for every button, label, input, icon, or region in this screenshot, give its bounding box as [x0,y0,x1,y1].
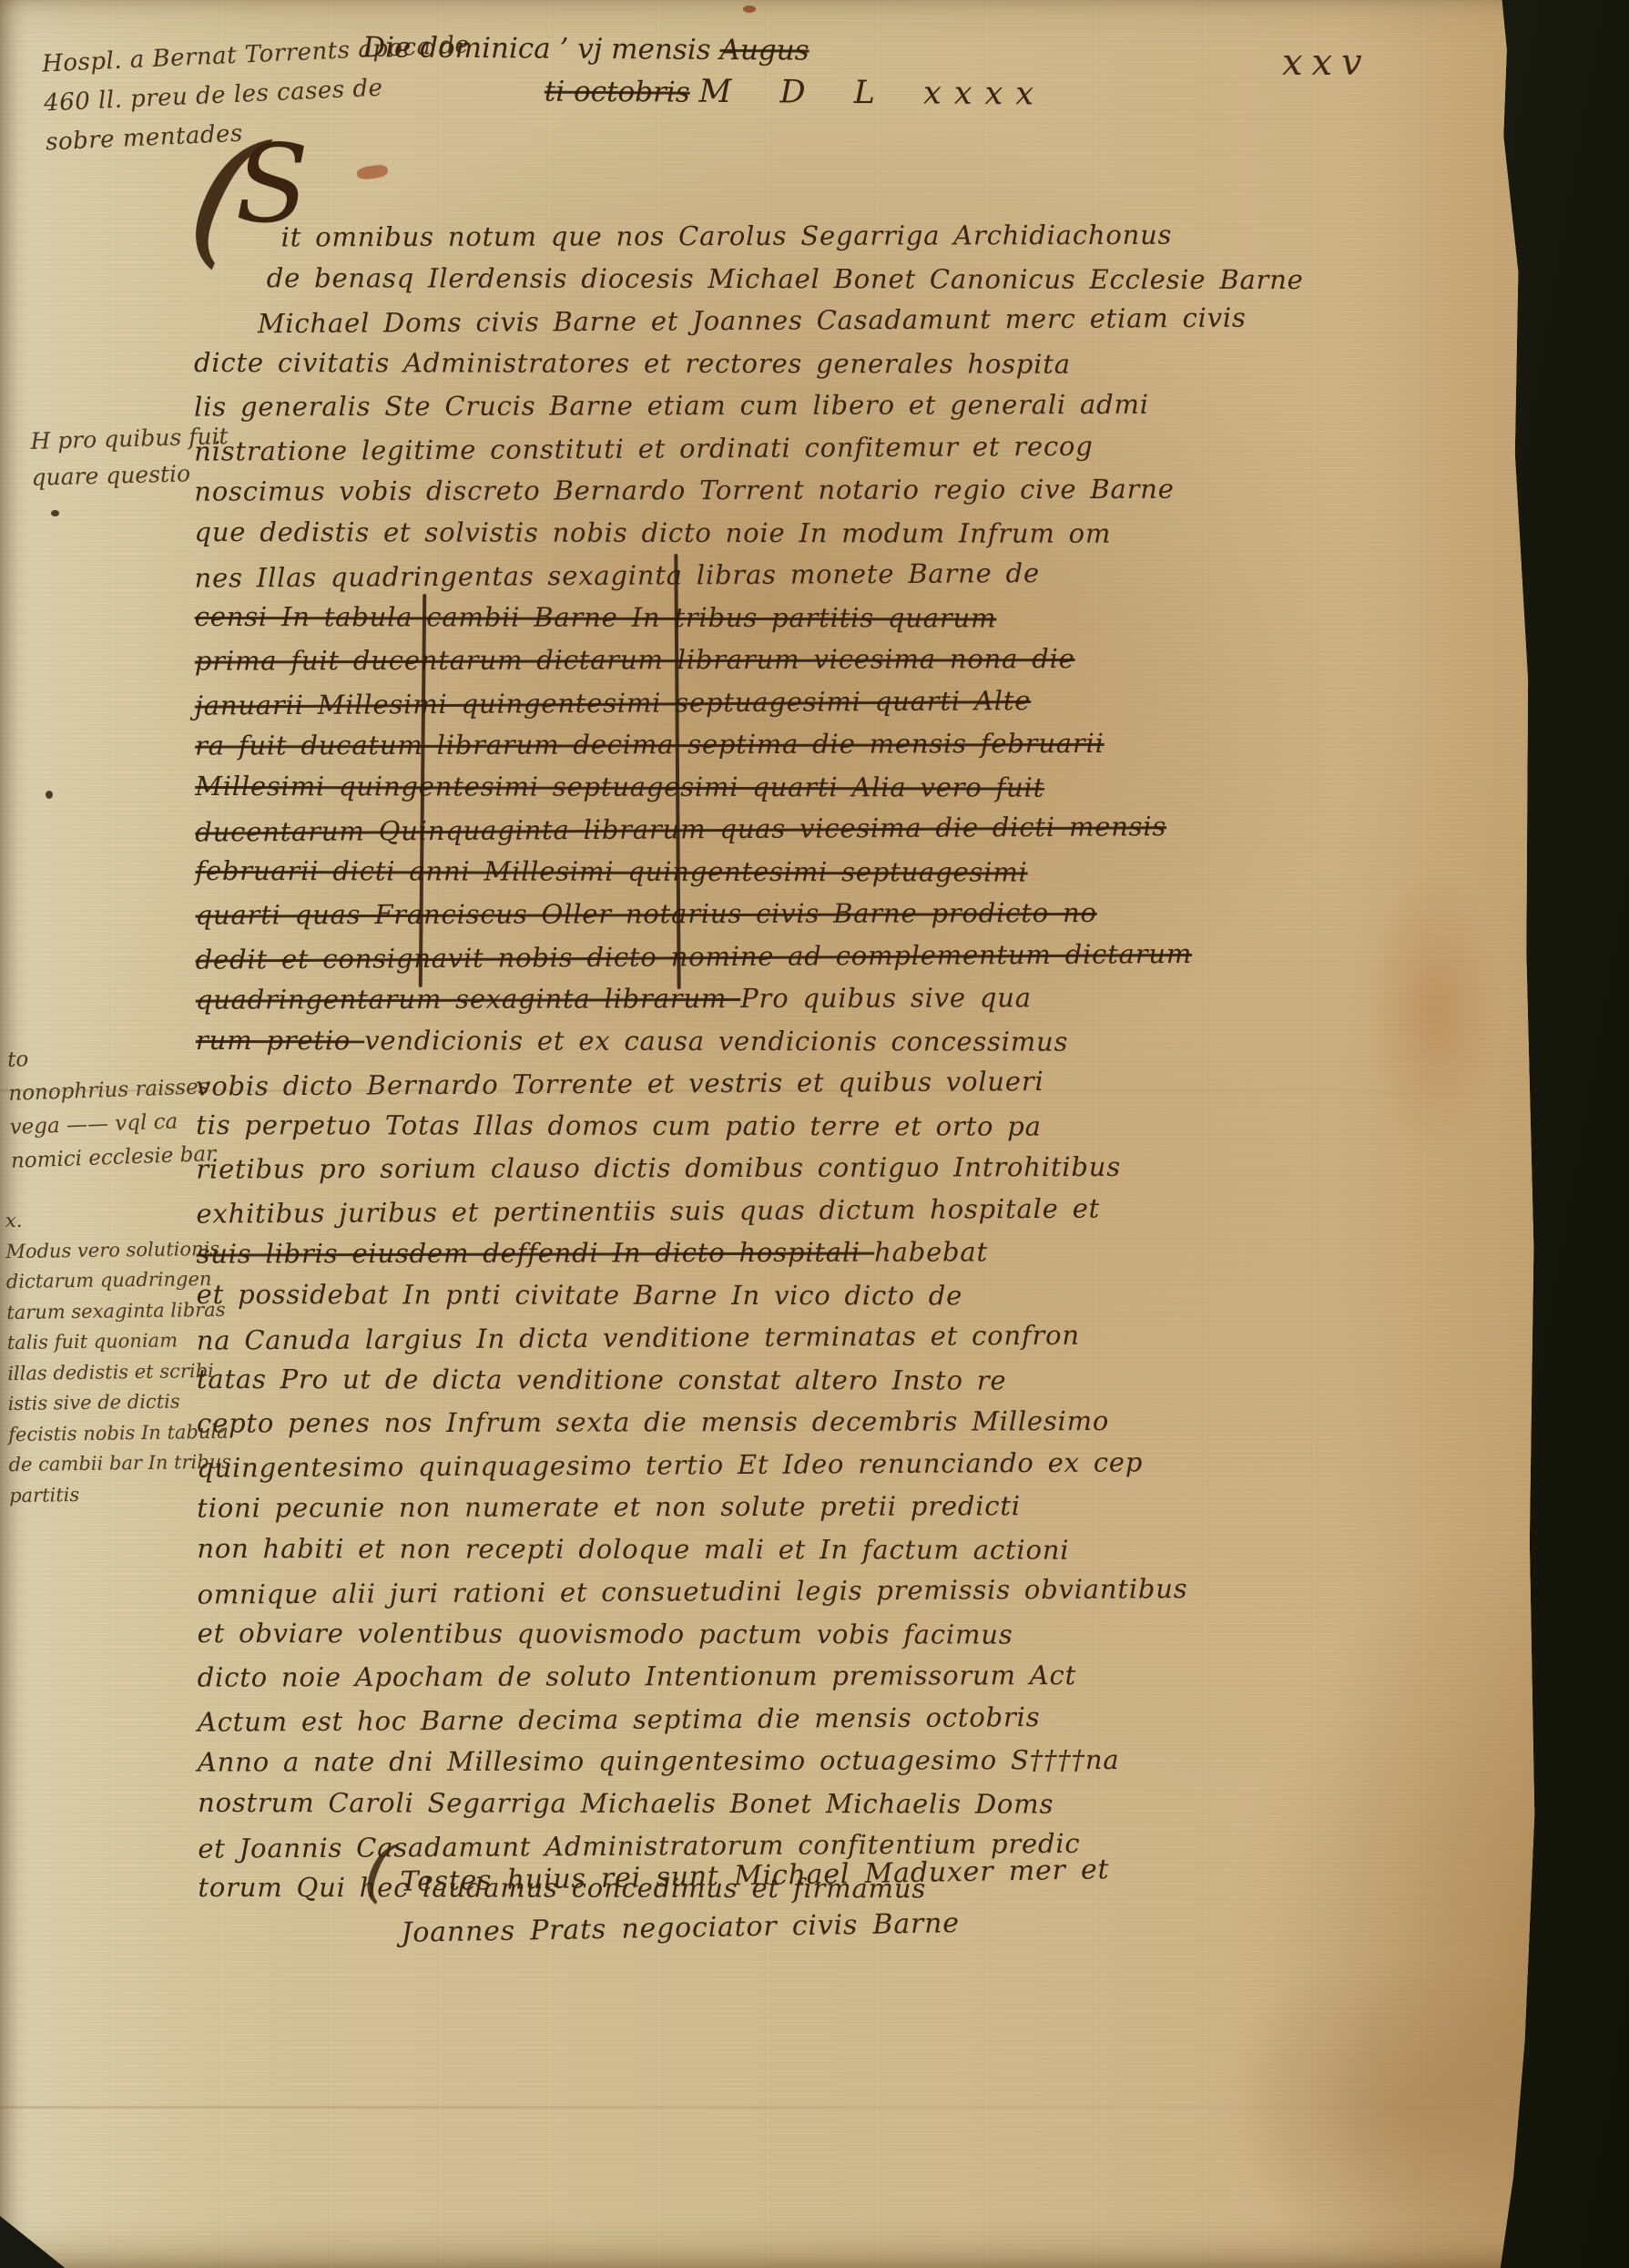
margin-note-line: nomici ecclesie bar [10,1138,216,1179]
text-line: Michael Doms civis Barne et Joannes Casa… [194,296,1282,345]
date-heading-line1: Die dominica ’ vj mensis Augus [362,31,809,66]
paper-crease [0,2106,1530,2109]
date-heading-line2: ti octobris M D L xxxx [362,68,1091,117]
text-line: dedit et consignavit nobis dicto nomine … [196,932,1284,981]
paper-crease [0,1089,1530,1092]
text-line: vobis dicto Bernardo Torrente et vestris… [196,1058,1284,1108]
text-line: prima fuit ducentarum dictarum librarum … [195,637,1283,682]
text-line: tatas Pro ut de dicta venditione constat… [197,1357,1285,1402]
text-line: quingentesimo quinquagesimo tertio Et Id… [197,1440,1285,1489]
act-text: it omnibus notum que nos Carolus Segarri… [194,213,1287,1910]
text-line: it omnibus notum que nos Carolus Segarri… [194,213,1282,259]
text-line: nostrum Caroli Segarriga Michaelis Bonet… [198,1781,1286,1825]
text-line: tioni pecunie non numerate et non solute… [197,1484,1285,1529]
text-line: ra fuit ducatum librarum decima septima … [195,721,1283,767]
text-line: omnique alii juri rationi et consuetudin… [197,1567,1285,1616]
witness-clause: ( Testes huius rei sunt Michael Maduxer … [400,1844,1111,1959]
text-line: na Canuda largius In dicta venditione te… [197,1313,1285,1362]
text-line: dicto noie Apocham de soluto Intentionum… [198,1653,1286,1699]
text-line: et obviare volentibus quovismodo pactum … [198,1611,1286,1656]
text-line: censi In tabula cambii Barne In tribus p… [195,595,1283,639]
margin-note-canonici: tononophrius raissesvega —— vql canomici… [6,1037,216,1179]
text-line: Anno a nate dni Millesimo quingentesimo … [198,1738,1286,1783]
worm-hole [46,791,53,799]
text-line: Millesimi quingentesimi septuagesimi qua… [195,764,1283,809]
text-line: tis perpetuo Totas Illas domos cum patio… [196,1103,1284,1148]
date-heading-year: M D L xxxx [698,74,1046,113]
text-line: quarti quas Franciscus Oller notarius ci… [196,891,1284,936]
ink-stain [1366,865,1502,1157]
ink-fleck [51,510,59,516]
text-line: januarii Millesimi quingentesimi septuag… [195,678,1283,727]
text-line: nes Illas quadringentas sexaginta libras… [194,550,1282,599]
text-line: lis generalis Ste Crucis Barne etiam cum… [194,383,1282,428]
date-heading-struck-octobris: ti octobris [545,76,690,109]
date-heading-text: Die dominica ’ vj mensis [362,31,711,66]
text-line: ducentarum Quinquaginta librarum quas vi… [195,804,1283,853]
text-line: dicte civitatis Administratores et recto… [194,341,1282,385]
date-heading: Die dominica ’ vj mensis Augus ti octobr… [362,26,1092,117]
text-line: februarii dicti anni Millesimi quingente… [195,849,1283,894]
text-line: quadringentarum sexaginta librarum Pro q… [196,976,1284,1021]
text-line: rietibus pro sorium clauso dictis domibu… [196,1145,1284,1190]
date-heading-struck-month: Augus [719,34,809,67]
text-line: et possidebat In pnti civitate Barne In … [197,1272,1285,1317]
witness-lines: Testes huius rei sunt Michael Maduxer me… [400,1844,1111,1959]
folio-number: xxv [1282,42,1371,84]
text-line: nistratione legitime constituti et ordin… [194,424,1282,473]
text-line: de benasq Ilerdensis diocesis Michael Bo… [194,256,1282,301]
red-ink-mark [356,164,389,181]
edge-spot [743,5,756,13]
text-line: Actum est hoc Barne decima septima die m… [198,1694,1286,1743]
text-line: noscimus vobis discreto Bernardo Torrent… [194,467,1282,513]
text-line: que dedistis et solvistis nobis dicto no… [194,510,1282,555]
manuscript-page: Hospl. a Bernat Torrents apoca de460 ll.… [0,0,1629,2268]
foxing-stain [1211,1958,1593,2259]
text-line: exhitibus juribus et pertinentiis suis q… [196,1186,1284,1235]
text-line: cepto penes nos Infrum sexta die mensis … [197,1399,1285,1445]
scan-background: { "folio": { "number": "xxv" }, "margin_… [0,0,1629,2268]
text-line: rum pretio vendicionis et ex causa vendi… [196,1018,1284,1063]
text-line: suis libris eiusdem deffendi In dicto ho… [196,1230,1284,1275]
text-line: non habiti et non recepti doloque mali e… [197,1527,1285,1571]
